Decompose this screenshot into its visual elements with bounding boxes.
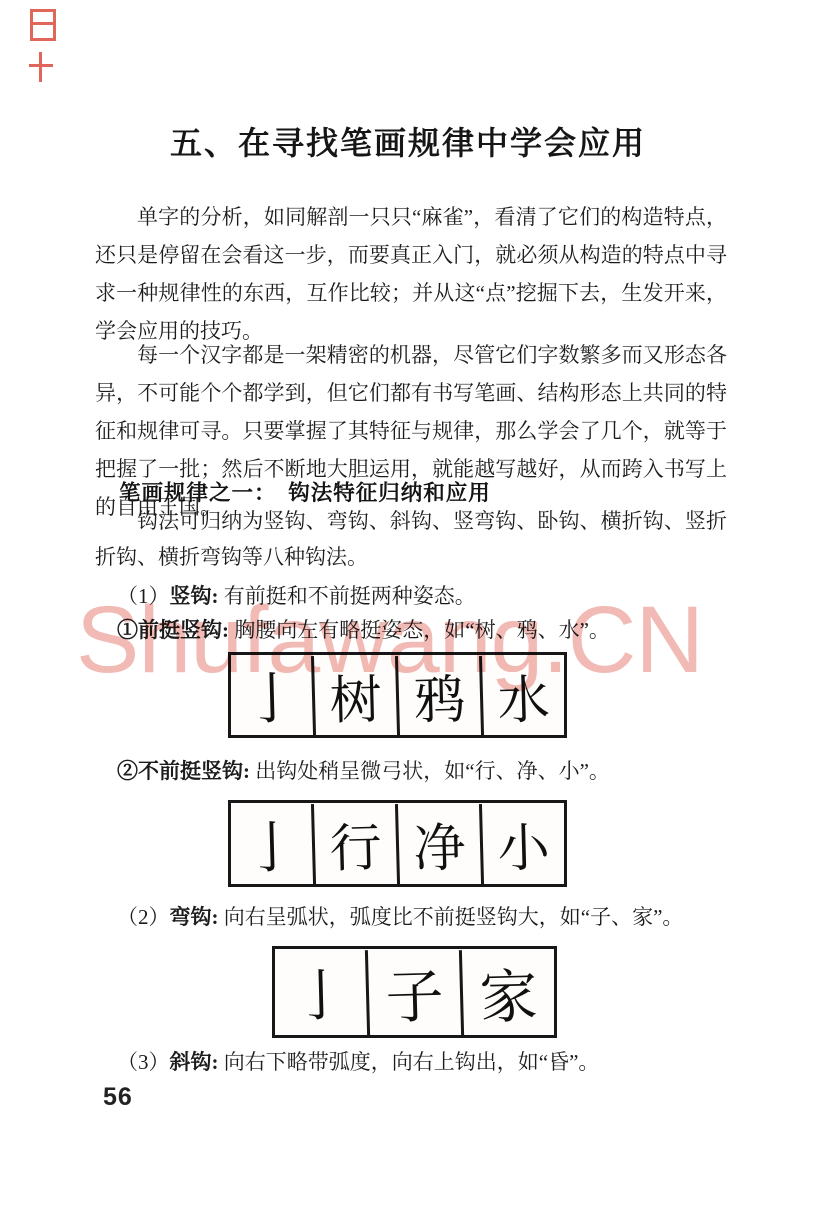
- item-term: 不前挺竖钩:: [138, 759, 250, 783]
- list-item: （3）斜钩: 向右下略带弧度，向右上钩出，如“昏”。: [95, 1046, 735, 1076]
- paragraph: 单字的分析，如同解剖一只只“麻雀”，看清了它们的构造特点，还只是停留在会看这一步…: [95, 198, 727, 350]
- example-box-vertical-hook-forward: 亅树鸦水: [228, 652, 567, 738]
- list-item: ②不前挺竖钩: 出钩处稍呈微弓状，如“行、净、小”。: [95, 755, 735, 785]
- item-term: 斜钩:: [170, 1050, 219, 1074]
- example-cell: 子: [365, 948, 461, 1036]
- list-item: ①前挺竖钩: 胸腰向左有略挺姿态，如“树、鸦、水”。: [95, 614, 735, 644]
- item-text: 出钩处稍呈微弓状，如“行、净、小”。: [250, 759, 610, 783]
- example-cell: 净: [395, 802, 481, 885]
- item-text: 胸腰向左有略挺姿态，如“树、鸦、水”。: [229, 618, 610, 642]
- example-box-vertical-hook-straight: 亅行净小: [228, 800, 567, 887]
- item-number: ①: [117, 618, 138, 642]
- item-text: 有前挺和不前挺两种姿态。: [219, 584, 476, 608]
- example-cell: 亅: [230, 654, 313, 736]
- item-term: 前挺竖钩:: [138, 618, 229, 642]
- red-stamp-mark: [30, 9, 56, 41]
- item-number: ②: [117, 759, 138, 783]
- item-number: （1）: [117, 584, 170, 608]
- example-cell: 小: [479, 802, 565, 885]
- example-box-curved-hook: 亅子家: [272, 946, 557, 1038]
- item-term: 竖钩:: [170, 584, 219, 608]
- example-cell: 鸦: [395, 654, 481, 736]
- example-cell: 水: [479, 654, 565, 736]
- item-term: 弯钩:: [170, 905, 219, 929]
- example-cell: 家: [459, 948, 555, 1036]
- scanned-book-page: 五、在寻找笔画规律中学会应用 单字的分析，如同解剖一只只“麻雀”，看清了它们的构…: [0, 0, 816, 1224]
- example-cell: 树: [311, 654, 397, 736]
- list-item: （1）竖钩: 有前挺和不前挺两种姿态。: [95, 580, 735, 610]
- list-item: （2）弯钩: 向右呈弧状，弧度比不前挺竖钩大，如“子、家”。: [95, 901, 735, 931]
- item-text: 向右呈弧状，弧度比不前挺竖钩大，如“子、家”。: [219, 905, 684, 929]
- item-number: （3）: [117, 1050, 170, 1074]
- red-stamp-mark: [29, 52, 53, 82]
- item-number: （2）: [117, 905, 170, 929]
- example-cell: 亅: [274, 948, 367, 1036]
- page-number: 56: [103, 1083, 133, 1112]
- example-cell: 行: [311, 802, 397, 885]
- paragraph: 钩法可归纳为竖钩、弯钩、斜钩、竖弯钩、卧钩、横折钩、竖折折钩、横折弯钩等八种钩法…: [95, 503, 727, 575]
- item-text: 向右下略带弧度，向右上钩出，如“昏”。: [219, 1050, 600, 1074]
- page-title: 五、在寻找笔画规律中学会应用: [0, 118, 816, 164]
- example-cell: 亅: [230, 802, 313, 885]
